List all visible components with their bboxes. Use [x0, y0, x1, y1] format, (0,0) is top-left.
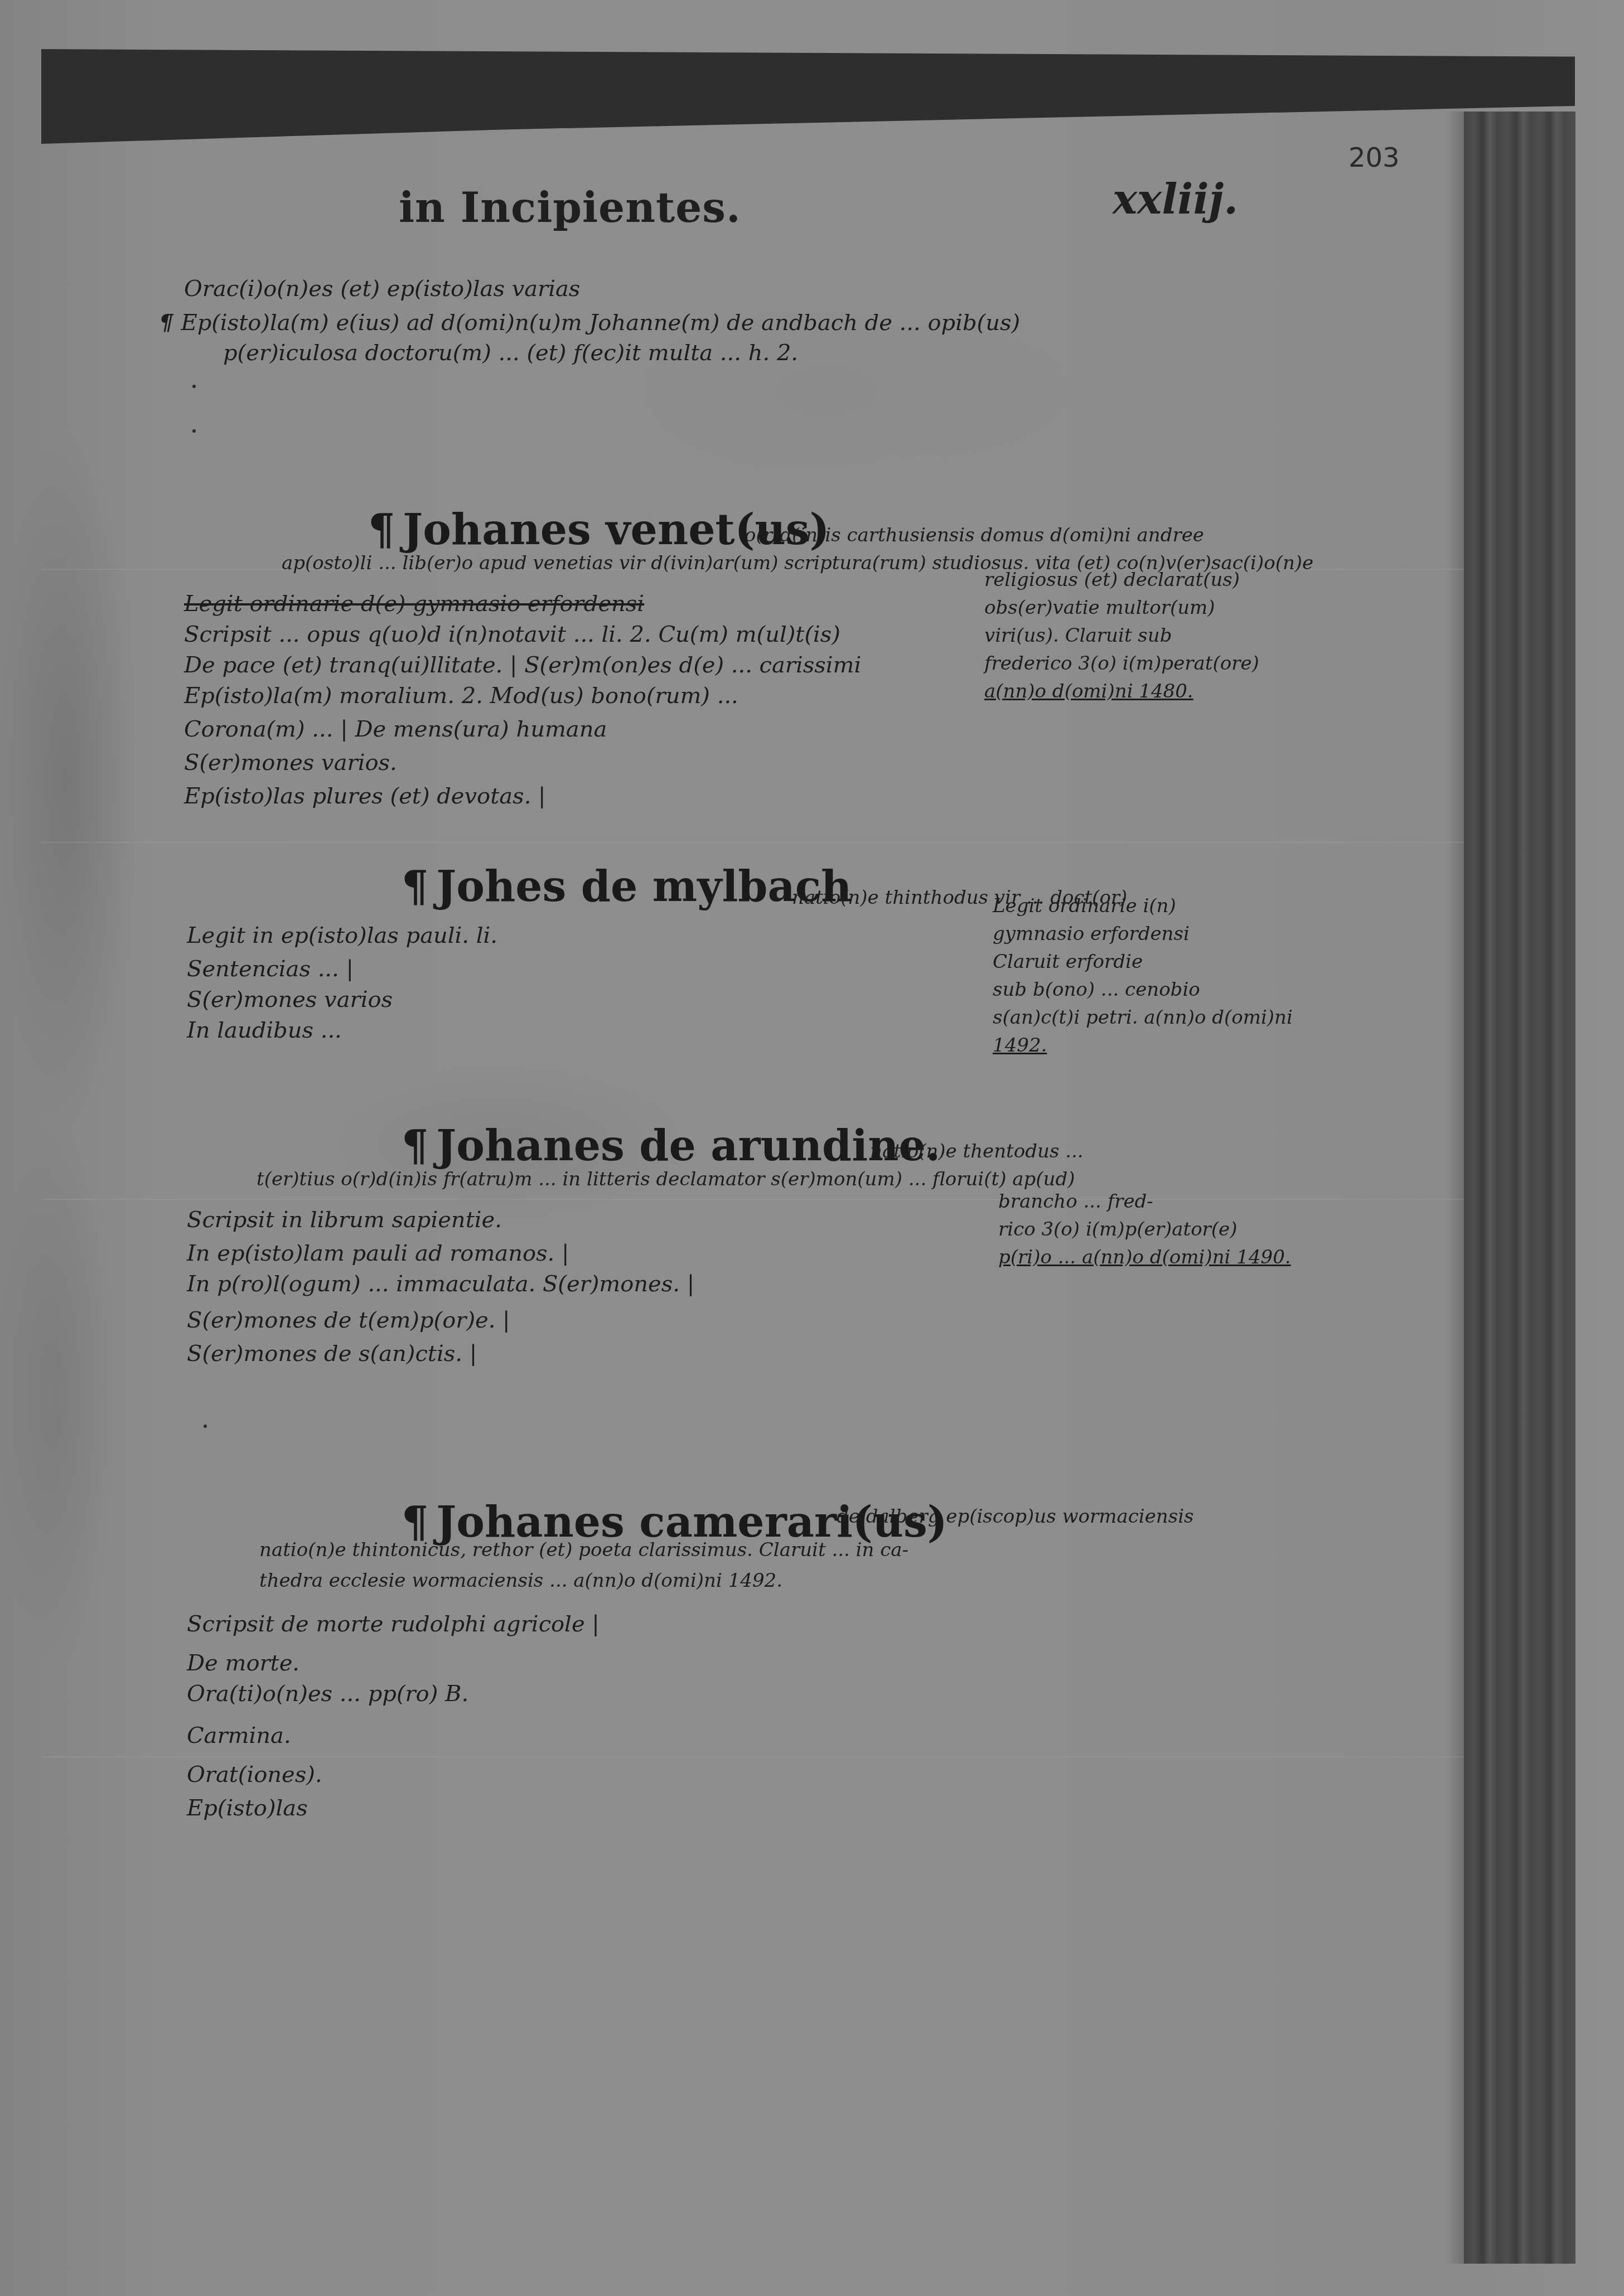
margin-note-date: a(nn)o d(omi)ni 1480. — [984, 677, 1259, 705]
margin-note-line: viri(us). Claruit sub — [984, 622, 1259, 650]
folio-roman-numeral: xxliij. — [1113, 176, 1238, 224]
work-line: In p(ro)l(ogum) ... immaculata. S(er)mon… — [187, 1271, 694, 1297]
work-line: In laudibus ... — [187, 1018, 342, 1043]
pilcrow-mark: ¶ — [402, 1121, 428, 1170]
text-line-content: Ep(isto)la(m) e(ius) ad d(omi)n(u)m Joha… — [181, 310, 1020, 336]
work-line: Scripsit de morte rudolphi agricole | — [187, 1611, 600, 1637]
text-line: ¶Ep(isto)la(m) e(ius) ad d(omi)n(u)m Joh… — [159, 309, 1020, 336]
work-line: Sentencias ... | — [187, 956, 354, 982]
margin-note-line: sub b(ono) ... cenobio — [993, 976, 1293, 1004]
margin-note-date: p(ri)o ... a(nn)o d(omi)ni 1490. — [998, 1243, 1291, 1271]
entry-heading: ¶Johanes de arundine. — [402, 1121, 940, 1170]
work-line: De morte. — [187, 1650, 299, 1676]
manuscript-page: in Incipientes. xxliij. 203 Orac(i)o(n)e… — [0, 0, 1624, 2296]
ink-dot — [204, 1425, 207, 1428]
descriptor-line: t(er)tius o(r)d(in)is fr(atru)m ... in l… — [257, 1168, 1075, 1190]
work-line: Ora(ti)o(n)es ... pp(ro) B. — [187, 1681, 468, 1707]
pilcrow-mark: ¶ — [402, 861, 428, 911]
margin-note-line: rico 3(o) i(m)p(er)ator(e) — [998, 1215, 1291, 1243]
descriptor-line: natio(n)e thentodus ... — [870, 1140, 1084, 1162]
margin-note-line: brancho ... fred- — [998, 1188, 1291, 1215]
work-line: Scripsit ... opus q(uo)d i(n)notavit ...… — [184, 622, 840, 647]
margin-note-line: gymnasio erfordensi — [993, 920, 1293, 948]
pilcrow-mark: ¶ — [368, 505, 395, 554]
margin-note-line: Claruit erfordie — [993, 948, 1293, 976]
descriptor-line: de dalberg ep(iscop)us wormaciensis — [837, 1505, 1194, 1528]
margin-note: brancho ... fred- rico 3(o) i(m)p(er)ato… — [998, 1188, 1291, 1271]
text-line: p(er)iculosa doctoru(m) ... (et) f(ec)it… — [223, 340, 798, 366]
margin-note-date: 1492. — [993, 1031, 1293, 1059]
work-line: S(er)mones varios. — [184, 750, 397, 776]
entry-name: Johes de mylbach — [436, 861, 852, 911]
margin-note: Legit ordinarie i(n) gymnasio erfordensi… — [993, 892, 1293, 1059]
ink-dot — [192, 385, 196, 388]
margin-note-line: frederico 3(o) i(m)perat(ore) — [984, 650, 1259, 677]
work-line: Ep(isto)la(m) moralium. 2. Mod(us) bono(… — [184, 683, 738, 709]
work-line: In ep(isto)lam pauli ad romanos. | — [187, 1241, 569, 1266]
descriptor-line: natio(n)e thintonicus, rethor (et) poeta… — [259, 1539, 908, 1561]
work-line-struck: Legit ordinarie d(e) gymnasio erfordensi — [184, 591, 644, 617]
margin-note-line: religiosus (et) declarat(us) — [984, 566, 1259, 594]
margin-note: religiosus (et) declarat(us) obs(er)vati… — [984, 566, 1259, 705]
descriptor-line: thedra ecclesie wormaciensis ... a(nn)o … — [259, 1570, 782, 1592]
folio-number: 203 — [1348, 142, 1400, 173]
work-line: De pace (et) tranq(ui)llitate. | S(er)m(… — [184, 652, 861, 678]
margin-note-line: Legit ordinarie i(n) — [993, 892, 1293, 920]
margin-note-line: s(an)c(t)i petri. a(nn)o d(omi)ni — [993, 1004, 1293, 1031]
descriptor-line: o(r)d(in)is carthusiensis domus d(omi)ni… — [745, 524, 1204, 546]
work-line: Ep(isto)las — [187, 1795, 308, 1821]
work-line: S(er)mones de t(em)p(or)e. | — [187, 1307, 510, 1333]
running-header: in Incipientes. — [399, 184, 741, 232]
work-line: Scripsit in librum sapientie. — [187, 1207, 502, 1233]
work-line: Carmina. — [187, 1723, 291, 1748]
work-line: S(er)mones varios — [187, 987, 393, 1013]
entry-heading: ¶Johes de mylbach — [402, 861, 852, 911]
work-line: Orat(iones). — [187, 1762, 322, 1788]
work-line: Corona(m) ... | De mens(ura) humana — [184, 716, 607, 742]
text-line: Orac(i)o(n)es (et) ep(isto)las varias — [184, 276, 580, 302]
ink-dot — [192, 429, 196, 433]
work-line: Ep(isto)las plures (et) devotas. | — [184, 783, 546, 809]
entry-name: Johanes de arundine. — [436, 1121, 940, 1170]
margin-note-line: obs(er)vatie multor(um) — [984, 594, 1259, 622]
work-line: S(er)mones de s(an)ctis. | — [187, 1341, 477, 1367]
work-line: Legit in ep(isto)las pauli. li. — [187, 923, 497, 948]
pilcrow-mark: ¶ — [159, 309, 173, 336]
